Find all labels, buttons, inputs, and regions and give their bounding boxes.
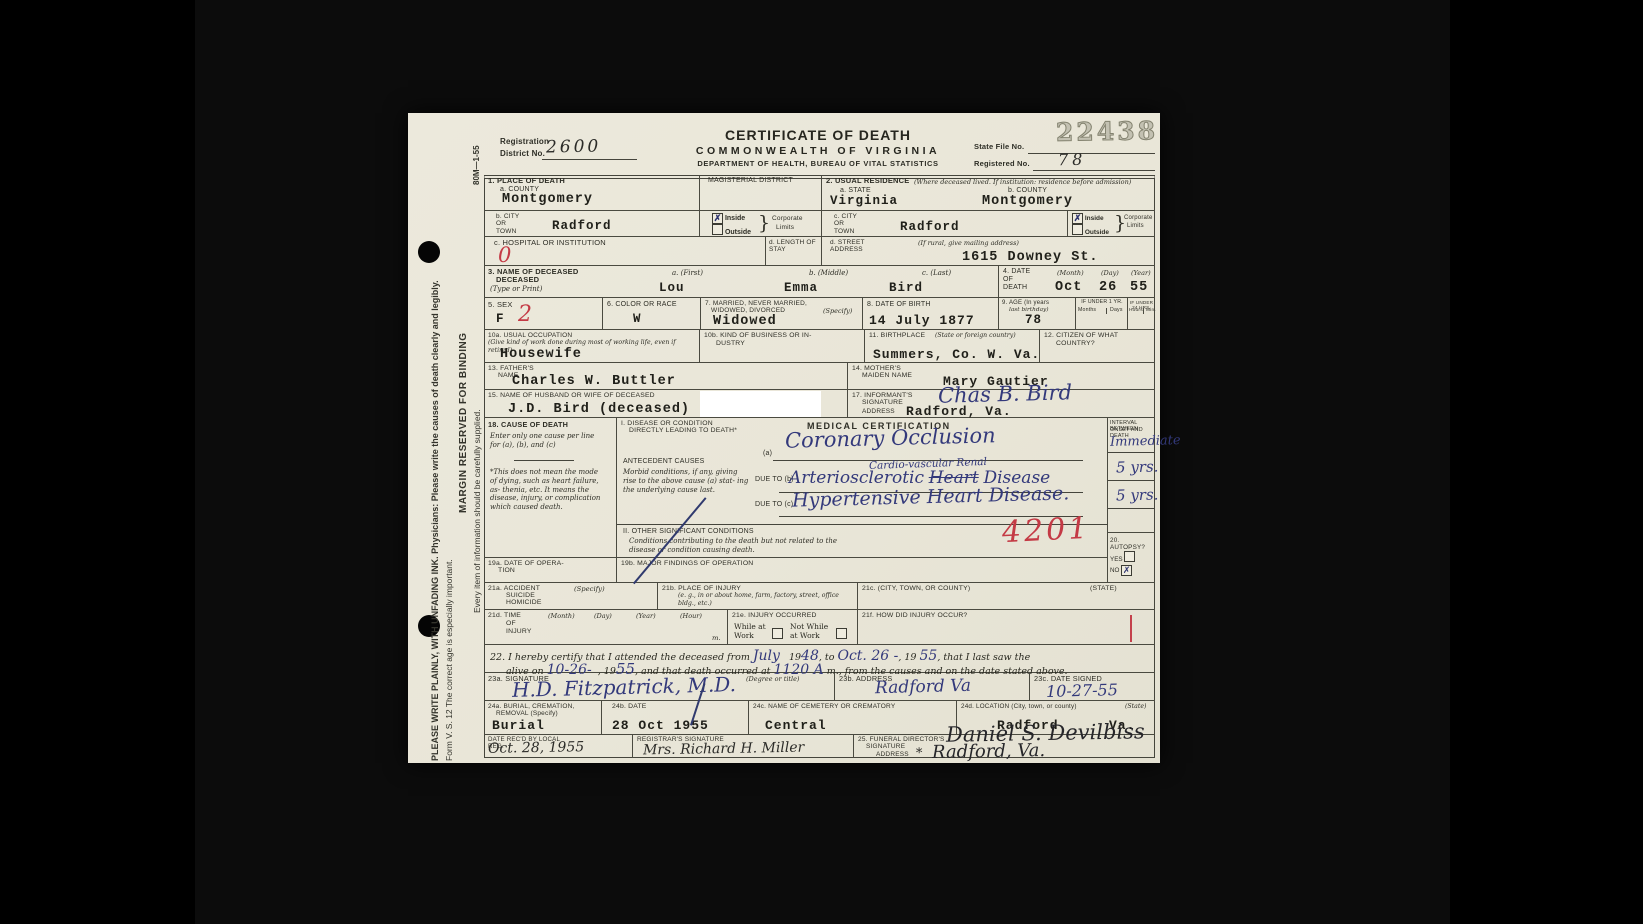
cell-marital: 7. MARRIED, NEVER MARRIED, WIDOWED, DIVO…	[701, 298, 863, 330]
middle-value: Emma	[784, 281, 818, 295]
cell-residence-city: c. CITY OR TOWN Radford	[822, 211, 1068, 237]
inside-checkbox-row-2: ✗ Inside	[1072, 213, 1104, 224]
cell-how-injury: 21f. HOW DID INJURY OCCUR?	[858, 610, 1155, 645]
interval-c: 5 yrs.	[1116, 485, 1159, 504]
last-label: c. (Last)	[922, 269, 951, 278]
cause-c-label: DUE TO (c)	[755, 501, 793, 509]
red-tick-mark	[1130, 615, 1132, 642]
not-while-at-work-checkbox	[836, 628, 847, 639]
margin-supplied: Every item of information should be care…	[472, 183, 482, 613]
cell-autopsy: 20. AUTOPSY? YES NO ✗	[1108, 533, 1155, 583]
injury-year-label: (Year)	[636, 612, 656, 620]
margin-binding: MARGIN RESERVED FOR BINDING	[458, 323, 469, 513]
cell-date-signed: 23c. DATE SIGNED 10-27-55	[1030, 673, 1155, 701]
registered-label: Registered No.	[974, 160, 1030, 169]
morbid-note: Morbid conditions, if any, giving rise t…	[623, 468, 751, 494]
commonwealth-subtitle: COMMONWEALTH OF VIRGINIA	[638, 145, 998, 157]
cell-usual-residence: 2. USUAL RESIDENCE (Where deceased lived…	[822, 175, 1155, 211]
business-label: 10b. KIND OF BUSINESS OR IN-	[704, 332, 812, 340]
race-label: 6. COLOR OR RACE	[607, 301, 677, 309]
birthplace-value: Summers, Co. W. Va.	[873, 347, 1040, 362]
operation-findings-label: 19b. MAJOR FINDINGS OF OPERATION	[621, 560, 753, 568]
injury-time-label: 21d. TIME	[488, 612, 521, 620]
inside-checkbox: ✗	[712, 213, 723, 224]
autopsy-no-row: NO ✗	[1110, 565, 1132, 576]
cell-injury-occurred: 21e. INJURY OCCURRED While atWork Not Wh…	[728, 610, 858, 645]
not-while-label2: at Work	[790, 631, 820, 640]
cell-citizen: 12. CITIZEN OF WHAT COUNTRY?	[1040, 330, 1155, 363]
while-at-label2: Work	[734, 631, 754, 640]
marital-specify: (Specify)	[823, 307, 852, 315]
dod-day-label: (Day)	[1101, 269, 1119, 277]
physician-address: Radford Va	[875, 676, 971, 699]
location-state-label: (State)	[1125, 703, 1146, 711]
stay-label: d. LENGTH OF STAY	[769, 239, 817, 254]
cell-date-received: DATE REC'D BY LOCAL REG. Oct. 28, 1955	[484, 735, 633, 758]
outside-checkbox-row-2: Outside	[1072, 224, 1109, 236]
cell-age: 9. AGE (In years last birthday) 78	[999, 298, 1076, 330]
street-value: 1615 Downey St.	[962, 250, 1099, 265]
residence-state-value: Virginia	[830, 194, 898, 208]
cell-color-race: 6. COLOR OR RACE W	[603, 298, 701, 330]
cell-operation-findings: 19b. MAJOR FINDINGS OF OPERATION	[617, 558, 1108, 583]
margin-correct-age: Form V. S. 12 The correct age is especia…	[444, 321, 454, 761]
limits-label: Limits	[776, 224, 794, 231]
cause-note1: Enter only one cause per line for (a), (…	[490, 432, 600, 450]
name-paren: (Type or Print)	[490, 285, 542, 294]
cell-corporate-limits-2: ✗ Inside Outside } Corporate Limits	[1068, 211, 1155, 237]
informant-label2: SIGNATURE	[862, 399, 903, 407]
funeral-address-mark: *	[916, 746, 923, 761]
outside-label-2: Outside	[1085, 229, 1109, 236]
inside-checkbox-row: ✗ Inside	[712, 213, 745, 224]
injury-m-label: m.	[712, 634, 721, 642]
city-town-value: Radford	[552, 219, 612, 233]
title-block: CERTIFICATE OF DEATH COMMONWEALTH OF VIR…	[638, 127, 998, 168]
age-value: 78	[1025, 313, 1042, 327]
injury-place-paren: (e. g., in or about home, farm, factory,…	[678, 592, 853, 608]
dob-value: 14 July 1877	[869, 313, 975, 328]
certificate-title: CERTIFICATE OF DEATH	[638, 127, 998, 143]
cell-city-town: b. CITY OR TOWN Radford	[484, 211, 700, 237]
age-label: 9. AGE (In years	[1002, 300, 1049, 307]
middle-label: b. (Middle)	[809, 269, 848, 278]
last-value: Bird	[889, 281, 923, 295]
injury-time-label3: INJURY	[506, 628, 532, 636]
interval-a: Immediate	[1110, 433, 1181, 450]
cell-hospital: c. HOSPITAL OR INSTITUTION 0	[484, 237, 766, 266]
funeral-label2: SIGNATURE	[866, 743, 905, 750]
registrar-signature: Mrs. Richard H. Miller	[643, 740, 805, 759]
cell-injury-city: 21c. (CITY, TOWN, OR COUNTY) (STATE)	[858, 583, 1155, 610]
district-label: District No.	[500, 149, 545, 158]
cell-interval: INTERVAL BETWEEN ONSET AND DEATH Immedia…	[1108, 418, 1155, 533]
inside-label: Inside	[725, 215, 745, 222]
place-of-death-label: 1. PLACE OF DEATH	[488, 177, 565, 186]
injury-state-label: (STATE)	[1090, 585, 1117, 593]
screenshot-root: { "stamp": "22438", "margin": { "write_p…	[0, 0, 1643, 924]
autopsy-yes-label: YES	[1110, 556, 1123, 563]
registration-label: Registration	[500, 137, 549, 146]
injury-hour-label: (Hour)	[680, 612, 702, 620]
cell-birthplace: 11. BIRTHPLACE (State or foreign country…	[865, 330, 1040, 363]
cell-informant: 17. INFORMANT'S SIGNATURE Chas B. Bird A…	[848, 390, 1155, 418]
cell-registrar-signature: REGISTRAR'S SIGNATURE Mrs. Richard H. Mi…	[633, 735, 854, 758]
cause-b-label: DUE TO (b)	[755, 476, 794, 484]
funeral-address: Radford, Va.	[932, 740, 1045, 763]
inside-checkbox-2: ✗	[1072, 213, 1083, 224]
cell-occupation: 10a. USUAL OCCUPATION (Give kind of work…	[484, 330, 700, 363]
inside-label-2: Inside	[1085, 215, 1104, 222]
corporate-label-2: Corporate	[1124, 215, 1152, 222]
residence-county-value: Montgomery	[982, 194, 1073, 209]
occupation-value: Housewife	[500, 347, 582, 362]
not-while-at-work: Not Whileat Work	[790, 622, 828, 640]
marital-value: Widowed	[713, 314, 777, 329]
cell-under-1yr: IF UNDER 1 YR. Months Days	[1076, 298, 1128, 330]
days-label: Days	[1106, 308, 1123, 314]
cause-b-pre: Arteriosclerotic	[789, 468, 924, 488]
burial-date-value: 28 Oct 1955	[612, 718, 709, 733]
hospital-red-mark: 0	[498, 243, 511, 267]
informant-address: Radford, Va.	[906, 404, 1012, 419]
residence-city-label: c. CITY OR TOWN	[834, 213, 864, 235]
dod-month-value: Oct	[1055, 280, 1082, 295]
district-value: 2600	[546, 137, 602, 158]
husband-label: 15. NAME OF HUSBAND OR WIFE OF DECEASED	[488, 392, 655, 400]
not-while-label: Not While	[790, 622, 828, 631]
informant-address-label: ADDRESS	[862, 408, 895, 415]
sex-red-mark: 2	[518, 302, 532, 327]
death-certificate: PLEASE WRITE PLAINLY, WITH UNFADING INK.…	[408, 113, 1160, 763]
antecedent-label: ANTECEDENT CAUSES	[623, 458, 704, 466]
dod-day-value: 26	[1099, 280, 1117, 295]
cell-cause-left: 18. CAUSE OF DEATH Enter only one cause …	[484, 418, 617, 558]
corporate-brace: }	[758, 212, 770, 234]
location-label: 24d. LOCATION (City, town, or county)	[961, 703, 1077, 710]
cell-certification-statement: 22. I hereby certify that I attended the…	[484, 645, 1155, 673]
birthplace-label: 11. BIRTHPLACE	[869, 332, 925, 340]
cell-business: 10b. KIND OF BUSINESS OR IN- DUSTRY	[700, 330, 865, 363]
cell-physician-signature: 23a. SIGNATURE (Degree or title) H.D. Fi…	[484, 673, 835, 701]
outside-checkbox-2	[1072, 224, 1083, 235]
file-number-stamp: 22438	[1056, 116, 1158, 147]
injury-city-label: 21c. (CITY, TOWN, OR COUNTY)	[862, 585, 970, 593]
husband-value: J.D. Bird (deceased)	[508, 402, 690, 417]
injury-day-label: (Day)	[594, 612, 612, 620]
residence-label: 2. USUAL RESIDENCE	[826, 177, 909, 186]
cell-cemetery: 24c. NAME OF CEMETERY OR CREMATORY Centr…	[749, 701, 957, 735]
cause-label: 18. CAUSE OF DEATH	[488, 421, 568, 429]
sex-label: 5. SEX	[488, 301, 513, 310]
sex-value: F	[496, 312, 505, 326]
outside-checkbox-row: Outside	[712, 224, 751, 236]
outside-label: Outside	[725, 229, 751, 236]
date-signed-value: 10-27-55	[1046, 680, 1118, 701]
autopsy-no-label: NO	[1110, 567, 1119, 574]
injury-month-label: (Month)	[548, 612, 575, 620]
cell-burial-date: 24b. DATE 28 Oct 1955	[602, 701, 749, 735]
cemetery-label: 24c. NAME OF CEMETERY OR CREMATORY	[753, 703, 895, 710]
cause-a-label: (a)	[763, 450, 772, 458]
date-received-value: Oct. 28, 1955	[488, 739, 584, 757]
margin-write-plainly: PLEASE WRITE PLAINLY, WITH UNFADING INK.…	[430, 321, 440, 761]
magisterial-label: MAGISTERIAL DISTRICT	[708, 177, 793, 185]
while-at-work: While atWork	[734, 622, 766, 640]
limits-label-2: Limits	[1127, 223, 1144, 230]
dod-year-value: 55	[1130, 280, 1148, 295]
county-value: Montgomery	[502, 192, 593, 207]
cell-place-of-death: 1. PLACE OF DEATH a. COUNTY Montgomery	[484, 175, 700, 211]
redaction-box	[700, 391, 821, 417]
outside-checkbox	[712, 224, 723, 235]
cause-a-value: Coronary Occlusion	[785, 423, 996, 453]
cell-corporate-limits-1: ✗ Inside Outside } Corporate Limits	[700, 211, 822, 237]
street-label: d. STREET ADDRESS	[830, 239, 866, 254]
disease-label2: DIRECTLY LEADING TO DEATH*	[629, 427, 737, 435]
cell-length-of-stay: d. LENGTH OF STAY	[766, 237, 822, 266]
autopsy-yes-checkbox	[1124, 551, 1135, 562]
autopsy-label: 20. AUTOPSY?	[1110, 537, 1155, 551]
accident-label3: HOMICIDE	[506, 599, 542, 607]
injury-occurred-label: 21e. INJURY OCCURRED	[732, 612, 817, 620]
burial-value: Burial	[492, 718, 545, 733]
registered-value: 78	[1058, 150, 1087, 169]
first-label: a. (First)	[672, 269, 703, 278]
under1-label: IF UNDER 1 YR.	[1076, 300, 1128, 306]
injury-time-label2: OF	[506, 620, 516, 628]
cell-name-of-deceased: 3. NAME OF DECEASED DECEASED (Type or Pr…	[484, 266, 999, 298]
cell-under-24hrs: IF UNDER 24 HRS. Hours Min.	[1128, 298, 1155, 330]
cell-magisterial-district: MAGISTERIAL DISTRICT	[700, 175, 822, 211]
how-injury-label: 21f. HOW DID INJURY OCCUR?	[862, 612, 967, 620]
cemetery-value: Central	[765, 718, 827, 733]
margin-form-code: 80M—1-55	[472, 145, 481, 185]
business-label2: DUSTRY	[716, 340, 745, 348]
department-line: DEPARTMENT OF HEALTH, BUREAU OF VITAL ST…	[638, 159, 998, 168]
cell-date-of-death: 4. DATE OF DEATH (Month) (Day) (Year) Oc…	[999, 266, 1155, 298]
interval-b: 5 yrs.	[1116, 457, 1159, 476]
father-value: Charles W. Buttler	[512, 374, 676, 389]
accident-specify: (Specify)	[574, 585, 605, 593]
red-code: 4201	[1001, 511, 1091, 551]
cell-burial: 24a. BURIAL, CREMATION, REMOVAL (Specify…	[484, 701, 602, 735]
residence-paren: (Where deceased lived. If institution: r…	[914, 178, 1154, 186]
city-town-label: b. CITY OR TOWN	[496, 213, 526, 235]
autopsy-no-checkbox: ✗	[1121, 565, 1132, 576]
cell-accident: 21a. ACCIDENT SUICIDE HOMICIDE (Specify)	[484, 583, 658, 610]
state-file-label: State File No.	[974, 143, 1024, 152]
cell-medical-certification: I. DISEASE OR CONDITION DIRECTLY LEADING…	[617, 418, 1108, 558]
burial-label2: REMOVAL (Specify)	[496, 710, 558, 717]
mother-label2: MAIDEN NAME	[862, 372, 912, 380]
min-label: Min.	[1143, 308, 1156, 314]
dod-year-label: (Year)	[1131, 269, 1151, 277]
cell-physician-address: 23b. ADDRESS Radford Va	[835, 673, 1030, 701]
while-at-label: While at	[734, 622, 766, 631]
other-conditions-label: II. OTHER SIGNIFICANT CONDITIONS	[623, 528, 754, 536]
cell-father: 13. FATHER'S NAME Charles W. Buttler	[484, 363, 848, 390]
cell-operation-date: 19a. DATE OF OPERA- TION	[484, 558, 617, 583]
cell-funeral-director: 25. FUNERAL DIRECTOR'S SIGNATURE Daniel …	[854, 735, 1155, 758]
hours-label: Hours	[1129, 308, 1143, 314]
punch-hole-top	[418, 241, 440, 263]
birthplace-paren: (State or foreign country)	[935, 332, 1016, 340]
name-label2: DECEASED	[496, 276, 539, 285]
degree-label: (Degree or title)	[746, 675, 799, 683]
cell-time-of-injury: 21d. TIME OF INJURY (Month) (Day) (Year)…	[484, 610, 728, 645]
residence-city-value: Radford	[900, 220, 960, 234]
cell-sex: 5. SEX F 2	[484, 298, 603, 330]
months-label: Months	[1078, 308, 1096, 314]
operation-date-label2: TION	[498, 567, 515, 575]
corporate-label: Corporate	[772, 215, 803, 222]
race-value: W	[633, 312, 642, 326]
cell-place-of-injury: 21b. PLACE OF INJURY (e. g., in or about…	[658, 583, 858, 610]
first-value: Lou	[659, 281, 685, 295]
citizen-label: 12. CITIZEN OF WHAT	[1044, 332, 1118, 340]
funeral-address-label: ADDRESS	[876, 751, 909, 758]
dob-label: 8. DATE OF BIRTH	[867, 301, 931, 309]
cell-street-address: d. STREET ADDRESS (If rural, give mailin…	[822, 237, 1155, 266]
dod-month-label: (Month)	[1057, 269, 1084, 277]
autopsy-yes-row: YES	[1110, 551, 1135, 563]
street-paren: (If rural, give mailing address)	[918, 239, 1019, 247]
burial-date-label: 24b. DATE	[612, 703, 647, 711]
dod-label: 4. DATE OF DEATH	[1003, 268, 1037, 292]
citizen-label2: COUNTRY?	[1056, 340, 1095, 348]
while-at-work-checkbox	[772, 628, 783, 639]
cell-date-of-birth: 8. DATE OF BIRTH 14 July 1877	[863, 298, 999, 330]
cause-note2: *This does not mean the mode of dying, s…	[490, 468, 606, 512]
